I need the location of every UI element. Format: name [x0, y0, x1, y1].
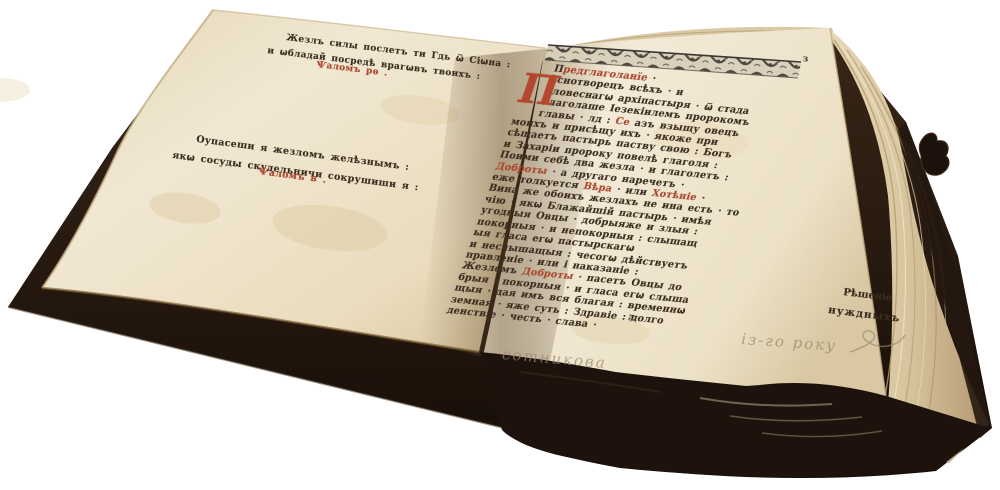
quire-signature-mark: д — [628, 312, 635, 323]
page-number: з — [802, 54, 809, 65]
book-photo: Жезлъ силы послетъ ти Гдь ѿ Сіѡна : и ѡб… — [0, 0, 1000, 490]
clasp — [919, 133, 949, 175]
print-text: · — [646, 73, 658, 85]
